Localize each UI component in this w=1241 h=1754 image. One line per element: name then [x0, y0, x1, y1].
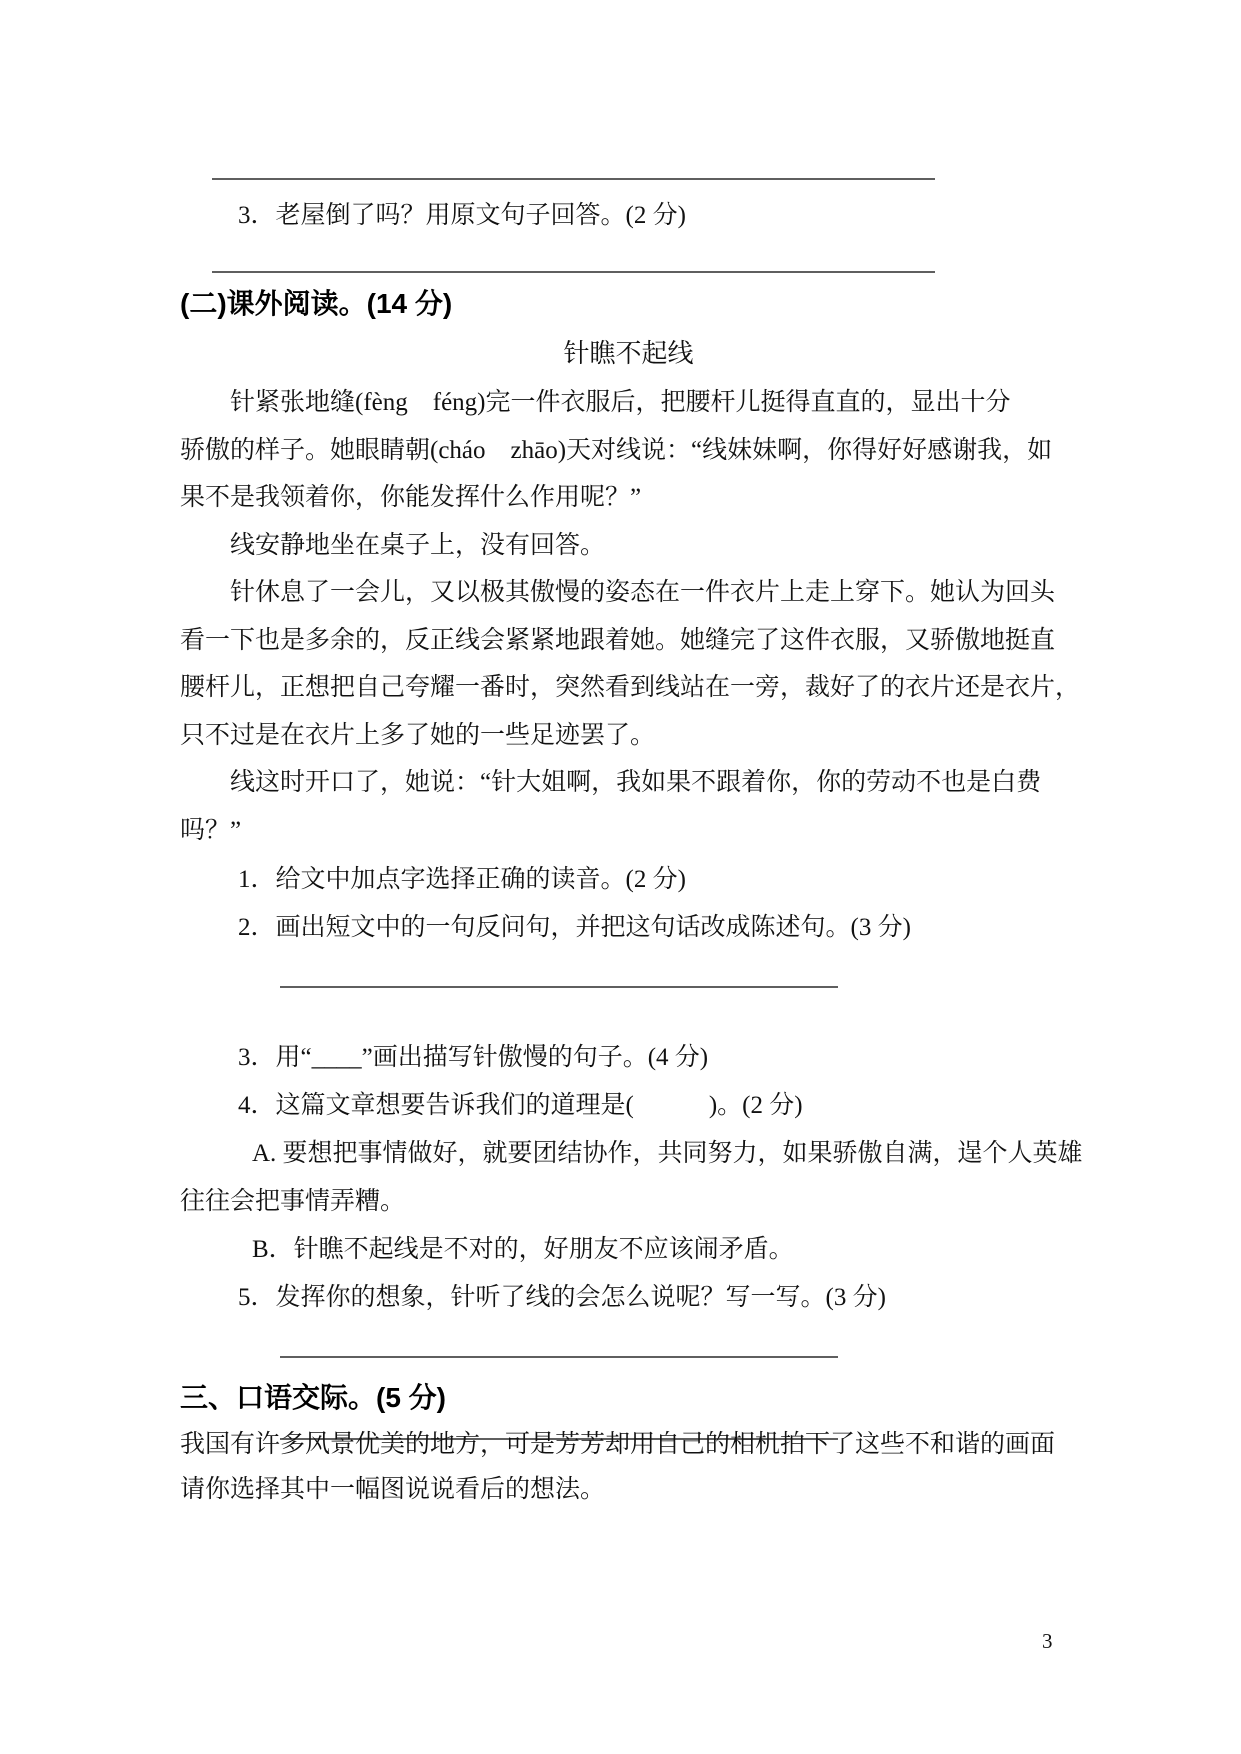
question-row: A. 要想把事情做好，就要团结协作，共同努力，如果骄傲自满，逞个人英雄 — [180, 1130, 1077, 1178]
section-three-line: 请你选择其中一幅图说说看后的想法。 — [180, 1467, 1077, 1512]
question-row: 3．用“____”画出描写针傲慢的句子。(4 分) — [180, 1034, 1077, 1082]
question-row: 4．这篇文章想要告诉我们的道理是( )。(2 分) — [180, 1082, 1077, 1130]
passage-line: 果不是我领着你，你能发挥什么作用呢？” — [180, 474, 1077, 522]
passage-line: 腰杆儿，正想把自己夸耀一番时，突然看到线站在一旁，裁好了的衣片还是衣片， — [180, 664, 1077, 712]
question-row: 5．发挥你的想象，针听了线的会怎么说呢？写一写。(3 分) — [180, 1274, 1077, 1322]
answer-blank-row — [180, 986, 1077, 1034]
question-row: 2．画出短文中的一句反问句，并把这句话改成陈述句。(3 分) — [180, 904, 1077, 952]
passage-line: 吗？” — [180, 807, 1077, 855]
answer-blank-line — [212, 271, 935, 273]
question-row: 往往会把事情弄糟。 — [180, 1178, 1077, 1226]
section-three: 三、口语交际。(5 分) 我国有许多风景优美的地方，可是芳芳却用自己的相机拍下了… — [180, 1374, 1077, 1512]
passage-line: 线安静地坐在桌子上，没有回答。 — [180, 522, 1077, 570]
reading-passage: 针紧张地缝(fèng féng)完一件衣服后，把腰杆儿挺得直直的，显出十分骄傲的… — [180, 379, 1077, 854]
question-row: 1．给文中加点字选择正确的读音。(2 分) — [180, 856, 1077, 904]
passage-line: 只不过是在衣片上多了她的一些足迹罢了。 — [180, 712, 1077, 760]
exam-page: 3．老屋倒了吗？用原文句子回答。(2 分) (二)课外阅读。(14 分) 针瞧不… — [0, 0, 1241, 1754]
page-number: 3 — [1042, 1628, 1053, 1654]
passage-line: 骄傲的样子。她眼睛朝(cháo zhāo)天对线说：“线妹妹啊，你得好好感谢我，… — [180, 427, 1077, 475]
question-row: B．针瞧不起线是不对的，好朋友不应该闹矛盾。 — [180, 1226, 1077, 1274]
passage-line: 看一下也是多余的，反正线会紧紧地跟着她。她缝完了这件衣服，又骄傲地挺直 — [180, 617, 1077, 665]
passage-line: 针休息了一会儿，又以极其傲慢的姿态在一件衣片上走上穿下。她认为回头 — [180, 569, 1077, 617]
section-two-heading: (二)课外阅读。(14 分) — [180, 280, 1077, 328]
passage-line: 针紧张地缝(fèng féng)完一件衣服后，把腰杆儿挺得直直的，显出十分 — [180, 379, 1077, 427]
answer-blank-line — [280, 1356, 838, 1358]
section-three-line: 我国有许多风景优美的地方，可是芳芳却用自己的相机拍下了这些不和谐的画面 — [180, 1422, 1077, 1467]
section-three-body: 我国有许多风景优美的地方，可是芳芳却用自己的相机拍下了这些不和谐的画面请你选择其… — [180, 1422, 1077, 1512]
question-3-old-house: 3．老屋倒了吗？用原文句子回答。(2 分) — [180, 192, 1077, 239]
passage-title: 针瞧不起线 — [180, 330, 1077, 377]
answer-blank-line — [280, 986, 838, 988]
section-three-heading: 三、口语交际。(5 分) — [180, 1374, 1077, 1422]
passage-line: 线这时开口了，她说：“针大姐啊，我如果不跟着你，你的劳动不也是白费 — [180, 759, 1077, 807]
answer-blank-line — [212, 178, 935, 180]
